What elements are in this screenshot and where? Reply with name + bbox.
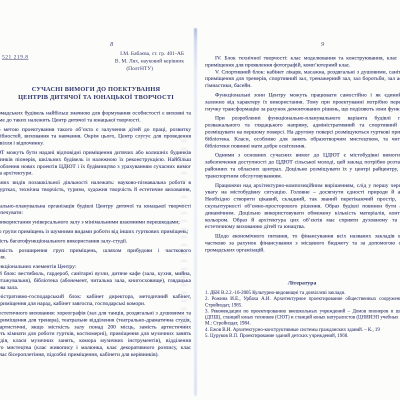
- title-line-1: СУЧАСНІ ВИМОГИ ДО ПОЕКТУВАННЯ: [0, 85, 192, 93]
- paragraph: При розробленні функціонально-планувальн…: [205, 115, 400, 149]
- paragraph: V. Спортивний блок: кабінет лікаря, маса…: [205, 69, 400, 90]
- list-item: – можливість розширення груп приміщень, …: [0, 247, 191, 261]
- paragraph: Функціональні зони Центру можуть працюва…: [205, 92, 400, 113]
- paragraph: I. Вхідний блок: вестибюль, гардероб, са…: [0, 270, 191, 291]
- list-item: – ізоляцію групи приміщень із шумними ви…: [0, 228, 191, 235]
- title-line-2: ЦЕНТРІВ ДИТЯЧОЇ ТА ЮНАЦЬКОЇ ТВОРЧОСТІ: [0, 93, 192, 101]
- article-title: СУЧАСНІ ВИМОГИ ДО ПОЕКТУВАННЯ ЦЕНТРІВ ДИ…: [0, 85, 192, 101]
- right-page-number: 9: [321, 41, 324, 48]
- left-page-body: Серед громадських будівель найбільш знач…: [0, 110, 192, 360]
- affiliation-line: (ПолтНТУ): [0, 65, 192, 73]
- ink-bleed-marks: [181, 140, 187, 340]
- book-gutter-fold: [194, 28, 197, 396]
- reference-item: 5. Цуруков В.П. Проектирование зданий де…: [205, 333, 400, 339]
- paragraph: Склад функціональних елементів Центру:: [0, 264, 191, 271]
- reference-item: 3. Рекомендации по проектированию внешко…: [205, 308, 400, 326]
- reference-item: 2. Рожина И.Е., Урбаха А.И. Архитектурно…: [205, 296, 400, 308]
- paragraph: Серед громадських будівель найбільш знач…: [0, 110, 191, 124]
- references-list: 1. ДБН В.2.2.-16-2005 Культурно-видовищн…: [205, 290, 400, 344]
- list-item: – можливість багатофункціонального викор…: [0, 238, 191, 245]
- paragraph: III. Блок естетичного виховання: хореогр…: [0, 310, 191, 358]
- paragraph: IV. Блок технічної творчості: клас модел…: [205, 55, 400, 69]
- paragraph: II. Адміністративно-господарський блок: …: [0, 294, 191, 308]
- left-page-number: 8: [110, 41, 113, 48]
- references-heading: Література: [204, 280, 400, 286]
- paragraph: Працюючи над архітектурно-композиційним …: [205, 182, 400, 230]
- paragraph: Одними з основних сучасних вимог до ЦДЮТ…: [205, 152, 400, 180]
- paragraph: Під ЦДЮТ можуть бути надані відповідні п…: [0, 149, 191, 177]
- paragraph: До основних видів позашкільної діяльност…: [0, 180, 191, 201]
- list-item: – зручне використання універсального зал…: [0, 219, 191, 226]
- author-line: І.М. Бабаєва, ст. гр. 401-АБ: [0, 50, 192, 58]
- paragraph: Функціонально-планувальна організація бу…: [0, 203, 191, 217]
- supervisor-line: В. М. Лях, науковий керівник: [0, 58, 192, 66]
- paragraph: Щодо економічного питання, то фінансуван…: [205, 233, 400, 254]
- paragraph: Головною метою проектування такого об’єк…: [0, 126, 191, 147]
- left-page: 8 521 219.8 І.М. Бабаєва, ст. гр. 401-АБ…: [0, 0, 192, 400]
- right-page: 9 IV. Блок технічної творчості: клас мод…: [204, 0, 400, 400]
- right-page-body: IV. Блок технічної творчості: клас модел…: [204, 55, 400, 263]
- author-block: І.М. Бабаєва, ст. гр. 401-АБ В. М. Лях, …: [0, 50, 192, 73]
